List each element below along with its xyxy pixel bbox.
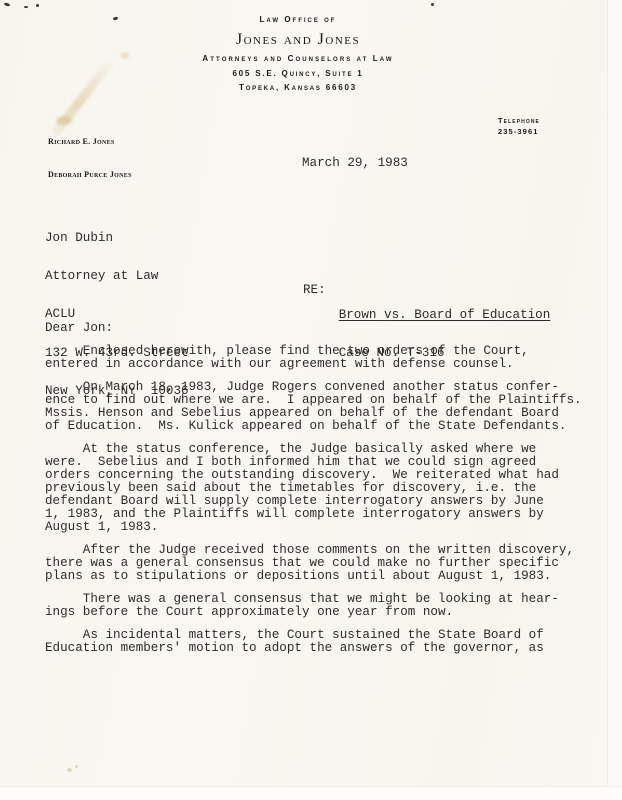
letterhead-firm-name: Jones and Jones bbox=[0, 31, 596, 49]
recipient-line: ACLU bbox=[45, 308, 189, 321]
telephone-number: 235-3961 bbox=[498, 126, 540, 137]
ink-speck bbox=[431, 3, 434, 6]
letterhead-address-line2: Topeka, Kansas 66603 bbox=[0, 83, 596, 92]
telephone-label: Telephone bbox=[498, 115, 540, 126]
stain-mark bbox=[67, 768, 72, 772]
stain-mark bbox=[75, 765, 78, 768]
letter-date: March 29, 1983 bbox=[302, 157, 408, 170]
salutation: Dear Jon: bbox=[45, 322, 582, 335]
scan-edge-right bbox=[607, 0, 622, 800]
scan-edge-bottom bbox=[0, 786, 622, 800]
ink-speck bbox=[4, 2, 11, 7]
body-paragraph: As incidental matters, the Court sustain… bbox=[45, 629, 582, 655]
ink-speck bbox=[24, 6, 28, 8]
telephone-block: Telephone 235-3961 bbox=[498, 115, 540, 137]
attorney-name: Richard E. Jones bbox=[48, 136, 132, 147]
recipient-line: Attorney at Law bbox=[45, 270, 189, 283]
scanned-letter-page: Law Office of Jones and Jones Attorneys … bbox=[0, 0, 622, 800]
attorney-names: Richard E. Jones Deborah Purce Jones bbox=[48, 114, 132, 202]
letterhead: Law Office of Jones and Jones Attorneys … bbox=[0, 15, 596, 92]
attorney-name: Deborah Purce Jones bbox=[48, 169, 132, 180]
body-paragraph: There was a general consensus that we mi… bbox=[45, 593, 582, 619]
body-paragraph: Enclosed herewith, please find the two o… bbox=[45, 345, 582, 371]
letterhead-tagline: Attorneys and Counselors at Law bbox=[0, 54, 596, 63]
recipient-line: Jon Dubin bbox=[45, 232, 189, 245]
body-paragraph: At the status conference, the Judge basi… bbox=[45, 443, 582, 534]
letter-body: Dear Jon: Enclosed herewith, please find… bbox=[45, 322, 582, 655]
letterhead-office-line: Law Office of bbox=[0, 15, 596, 24]
body-paragraph: After the Judge received those comments … bbox=[45, 544, 582, 583]
body-paragraph: On March 18, 1983, Judge Rogers convened… bbox=[45, 381, 582, 433]
case-name: Brown vs. Board of Education bbox=[339, 309, 551, 322]
letterhead-address-line1: 605 S.E. Quincy, Suite 1 bbox=[0, 69, 596, 78]
ink-speck bbox=[36, 4, 39, 7]
